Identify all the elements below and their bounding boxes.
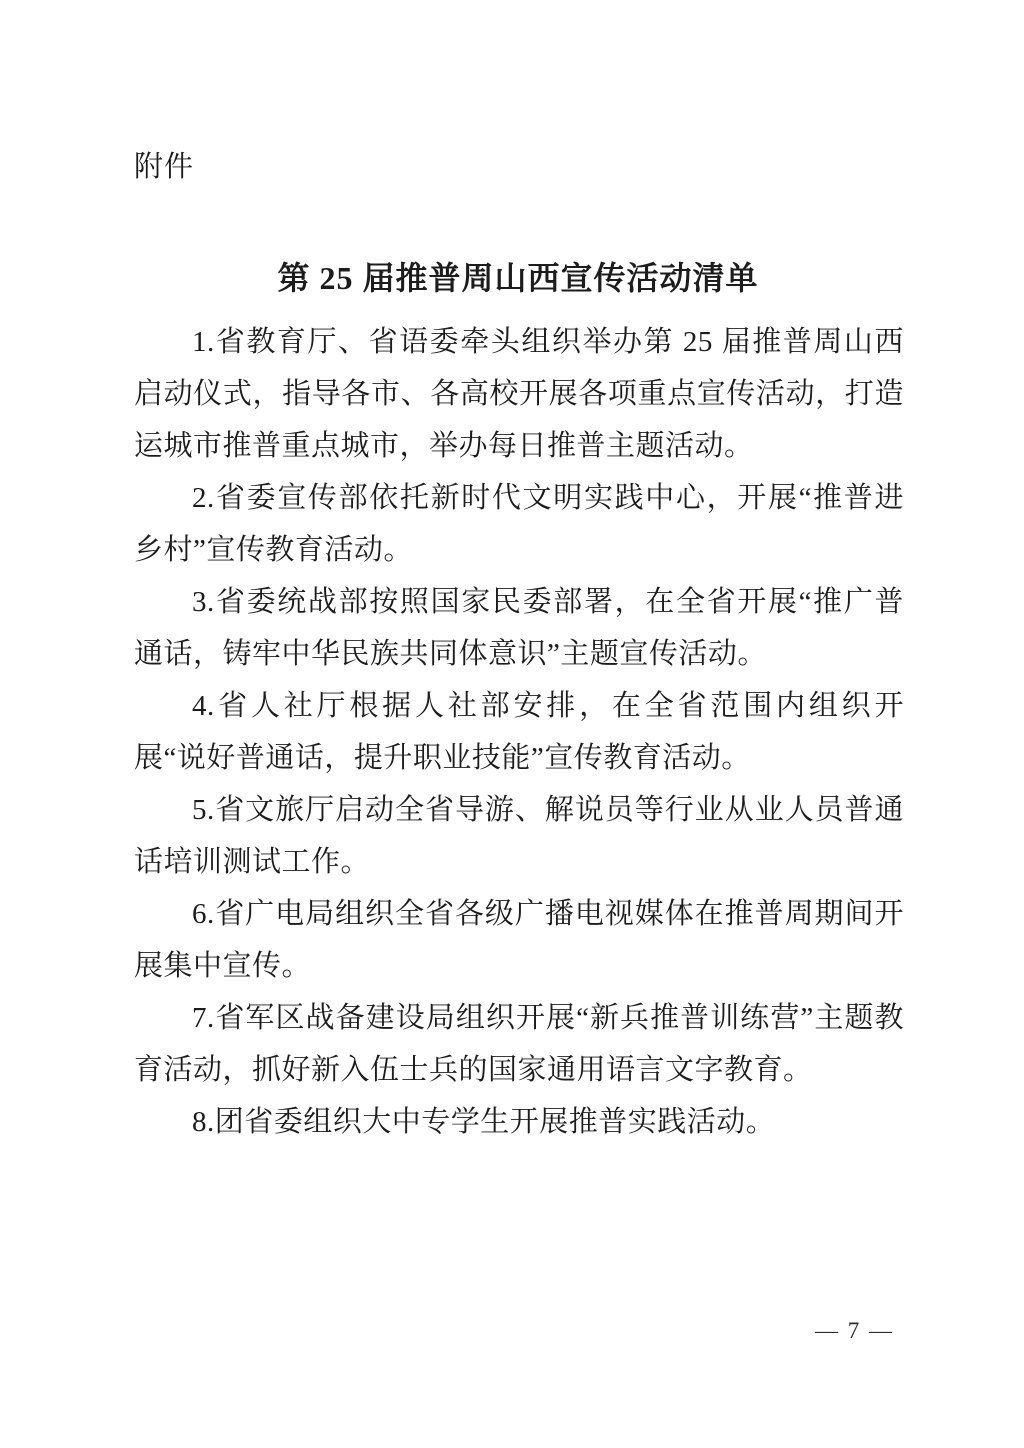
- document-title: 第 25 届推普周山西宣传活动清单: [134, 257, 902, 299]
- list-item: 3.省委统战部按照国家民委部署，在全省开展“推广普通话，铸牢中华民族共同体意识”…: [134, 576, 904, 680]
- document-page: 附件 第 25 届推普周山西宣传活动清单 1.省教育厅、省语委牵头组织举办第 2…: [0, 0, 1024, 1448]
- list-item: 5.省文旅厅启动全省导游、解说员等行业从业人员普通话培训测试工作。: [134, 784, 904, 888]
- list-item: 2.省委宣传部依托新时代文明实践中心，开展“推普进乡村”宣传教育活动。: [134, 472, 904, 576]
- list-item: 4.省人社厅根据人社部安排，在全省范围内组织开展“说好普通话，提升职业技能”宣传…: [134, 680, 904, 784]
- list-item: 8.团省委组织大中专学生开展推普实践活动。: [134, 1096, 904, 1148]
- list-item: 1.省教育厅、省语委牵头组织举办第 25 届推普周山西启动仪式，指导各市、各高校…: [134, 316, 904, 472]
- page-number: — 7 —: [815, 1318, 894, 1344]
- document-body: 1.省教育厅、省语委牵头组织举办第 25 届推普周山西启动仪式，指导各市、各高校…: [134, 316, 904, 1148]
- list-item: 6.省广电局组织全省各级广播电视媒体在推普周期间开展集中宣传。: [134, 888, 904, 992]
- list-item: 7.省军区战备建设局组织开展“新兵推普训练营”主题教育活动，抓好新入伍士兵的国家…: [134, 992, 904, 1096]
- attachment-label: 附件: [134, 148, 194, 186]
